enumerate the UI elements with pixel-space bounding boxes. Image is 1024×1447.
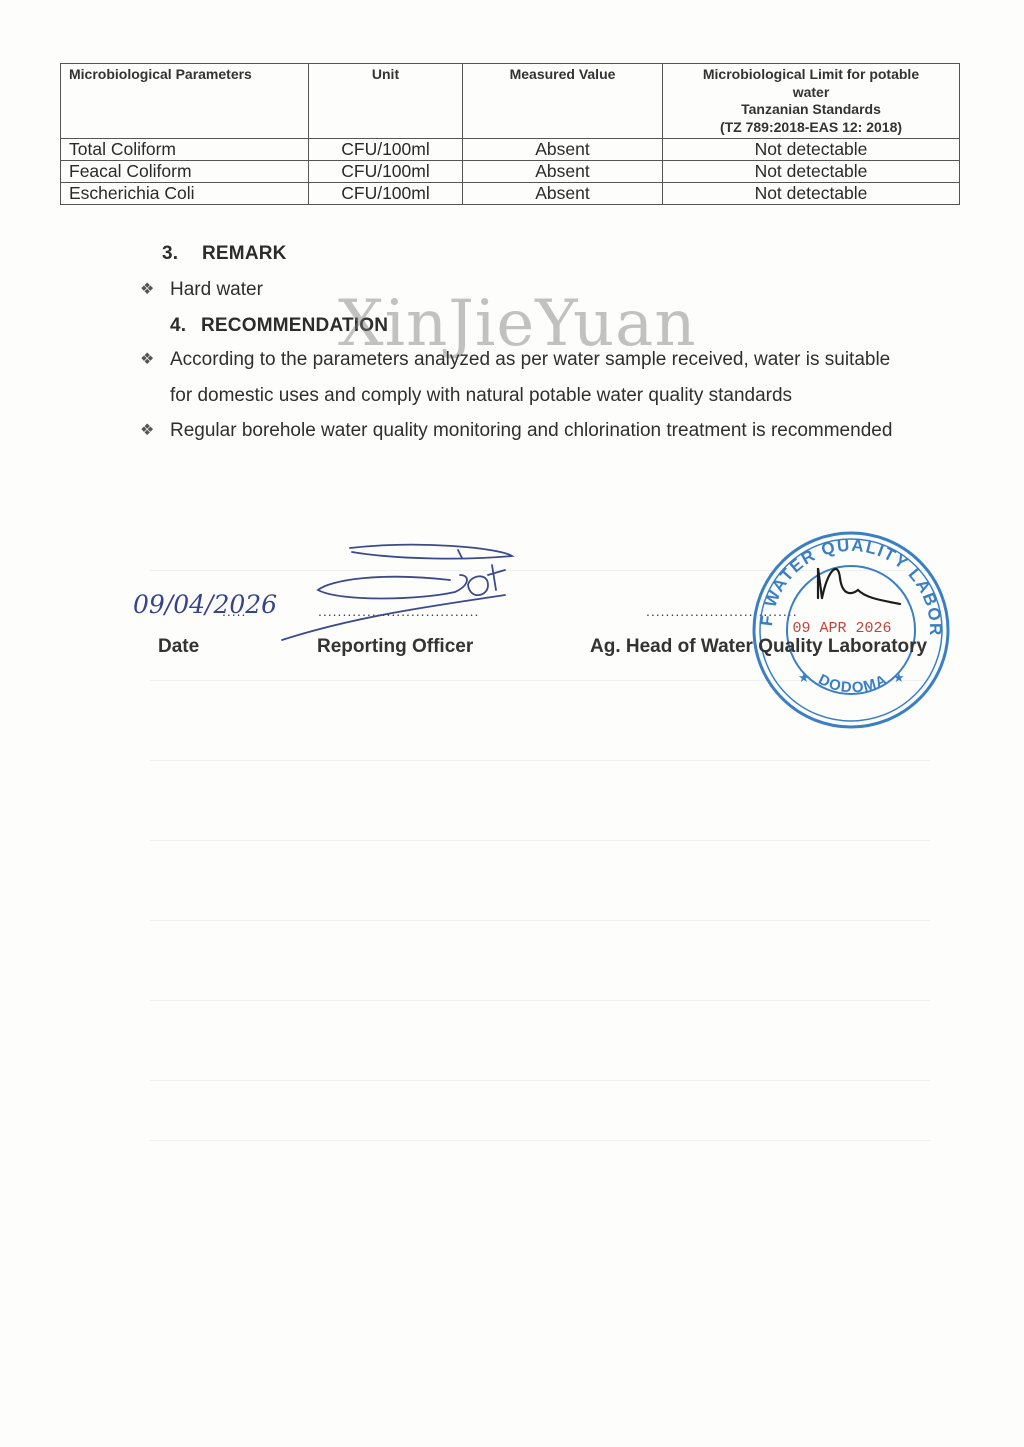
- header-measured-value: Measured Value: [463, 64, 663, 139]
- cell-measured: Absent: [463, 139, 663, 161]
- head-signature: [818, 568, 900, 604]
- recommendation-item: ❖ Regular borehole water quality monitor…: [170, 413, 970, 449]
- header-limit-line: Tanzanian Standards: [671, 101, 951, 119]
- remark-item-text: Hard water: [170, 279, 263, 300]
- cell-parameter: Total Coliform: [61, 139, 309, 161]
- recommendation-item-text: for domestic uses and comply with natura…: [170, 378, 970, 414]
- header-parameters: Microbiological Parameters: [61, 64, 309, 139]
- reporting-officer-label: Reporting Officer: [317, 636, 473, 658]
- header-unit: Unit: [309, 64, 463, 139]
- table-header-row: Microbiological Parameters Unit Measured…: [61, 64, 960, 139]
- handwritten-date: 09/04/2026: [133, 590, 277, 619]
- bleed-through-background: [0, 0, 1024, 1447]
- cell-measured: Absent: [463, 183, 663, 205]
- cell-unit: CFU/100ml: [309, 139, 463, 161]
- document-page: Microbiological Parameters Unit Measured…: [0, 0, 1024, 1447]
- officer-dotted-line: .................................: [318, 603, 479, 619]
- cell-parameter: Escherichia Coli: [61, 183, 309, 205]
- cell-limit: Not detectable: [663, 161, 960, 183]
- remark-item: ❖ Hard water: [170, 272, 263, 308]
- remark-number: 3.: [162, 243, 202, 265]
- svg-text:★: ★: [893, 671, 905, 686]
- diamond-bullet-icon: ❖: [140, 413, 154, 449]
- diamond-bullet-icon: ❖: [140, 272, 154, 308]
- header-limit: Microbiological Limit for potable water …: [663, 64, 960, 139]
- svg-text:DODOMA: DODOMA: [816, 671, 891, 696]
- microbiological-results-table: Microbiological Parameters Unit Measured…: [60, 63, 960, 205]
- table-row: Total Coliform CFU/100ml Absent Not dete…: [61, 139, 960, 161]
- recommendation-title: RECOMMENDATION: [201, 315, 388, 336]
- cell-parameter: Feacal Coliform: [61, 161, 309, 183]
- recommendation-item-text: Regular borehole water quality monitorin…: [170, 413, 970, 449]
- diamond-bullet-icon: ❖: [140, 342, 154, 378]
- recommendation-item: ❖ According to the parameters analyzed a…: [170, 342, 970, 414]
- recommendation-number: 4.: [170, 315, 201, 337]
- table-row: Escherichia Coli CFU/100ml Absent Not de…: [61, 183, 960, 205]
- header-limit-line: Microbiological Limit for potable: [671, 66, 951, 84]
- date-dotted-line: .....: [222, 603, 246, 619]
- svg-text:★: ★: [798, 671, 810, 686]
- header-limit-line: water: [671, 84, 951, 102]
- recommendation-heading: 4.RECOMMENDATION: [170, 315, 388, 337]
- reporting-officer-signature: [282, 545, 512, 640]
- head-of-laboratory-label: Ag. Head of Water Quality Laboratory: [590, 636, 927, 658]
- recommendation-item-text: According to the parameters analyzed as …: [170, 342, 970, 378]
- cell-limit: Not detectable: [663, 183, 960, 205]
- date-label: Date: [158, 636, 199, 658]
- header-limit-line: (TZ 789:2018-EAS 12: 2018): [671, 119, 951, 137]
- cell-measured: Absent: [463, 161, 663, 183]
- head-dotted-line: ...............................: [646, 603, 798, 619]
- svg-text:09 APR 2026: 09 APR 2026: [792, 620, 891, 637]
- table-row: Feacal Coliform CFU/100ml Absent Not det…: [61, 161, 960, 183]
- cell-unit: CFU/100ml: [309, 161, 463, 183]
- cell-limit: Not detectable: [663, 139, 960, 161]
- signatures-and-stamp-graphics: HEAD OF WATER QUALITY LABORATORY DODOMA …: [0, 0, 1024, 1447]
- cell-unit: CFU/100ml: [309, 183, 463, 205]
- remark-title: REMARK: [202, 243, 287, 264]
- remark-heading: 3.REMARK: [162, 243, 287, 265]
